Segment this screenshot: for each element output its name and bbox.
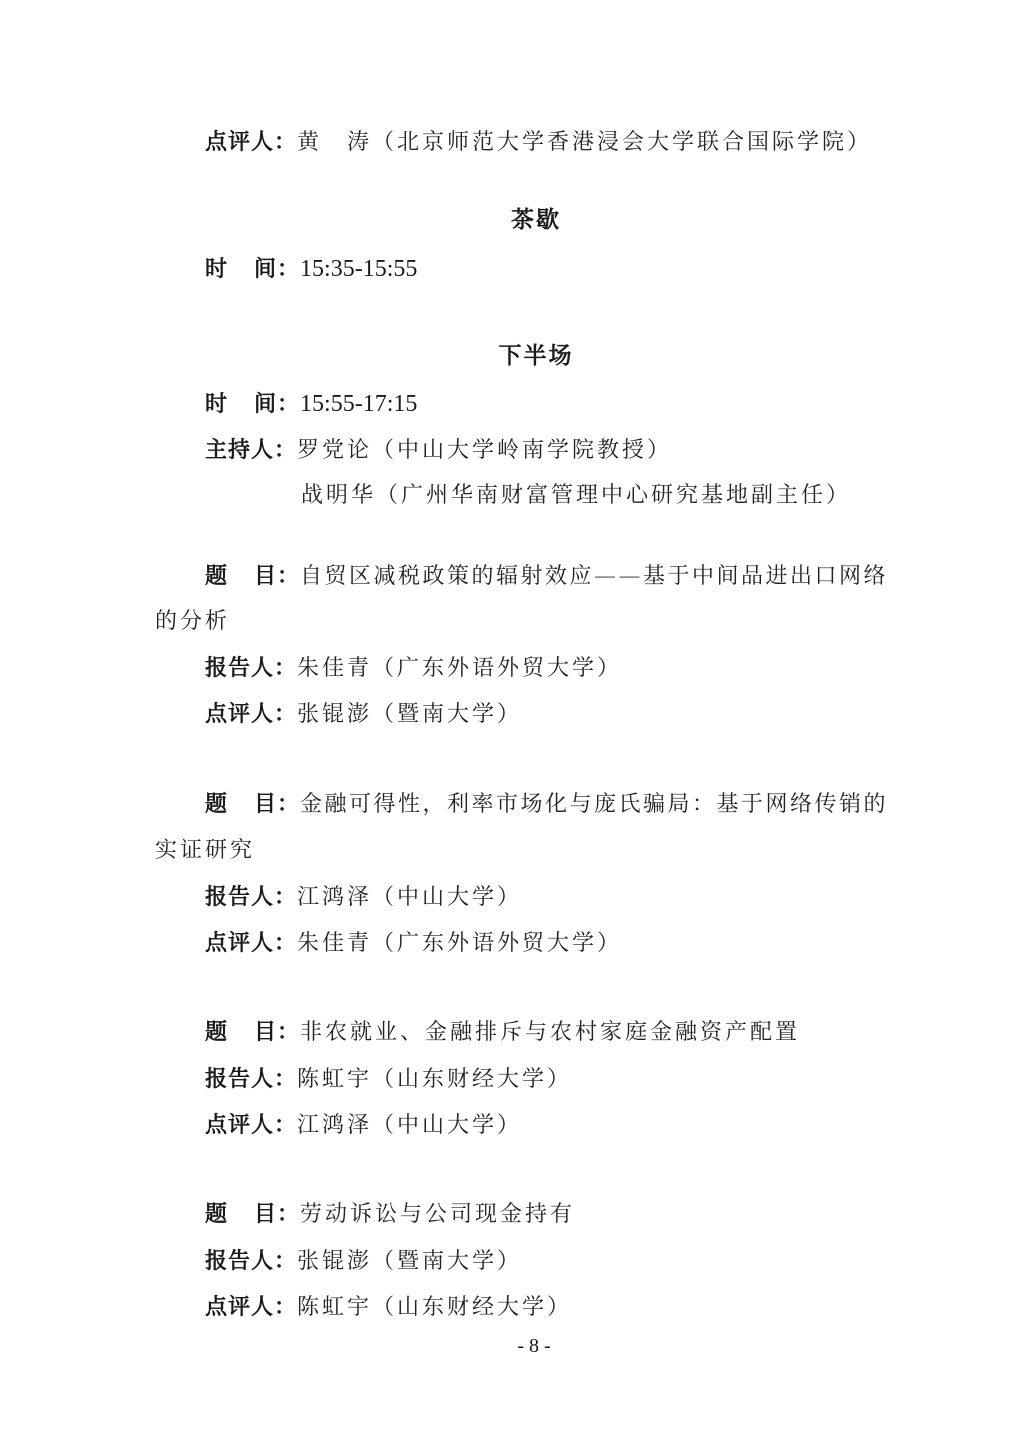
- reviewer-line: 点评人：陈虹宇（山东财经大学）: [205, 1292, 572, 1323]
- reviewer-line: 点评人：黄 涛（北京师范大学香港浸会大学联合国际学院）: [205, 127, 872, 158]
- reviewer-line: 点评人：江鸿泽（中山大学）: [205, 1110, 522, 1141]
- paper-title-continued: 的分析: [155, 607, 230, 637]
- time-label-a: 时: [205, 391, 228, 417]
- reviewer-label: 点评人：: [205, 930, 297, 956]
- paper-title-line2: 的分析: [155, 609, 230, 634]
- paper-title-line: 题目：劳动诉讼与公司现金持有: [205, 1199, 575, 1230]
- paper-title-line2: 实证研究: [155, 838, 255, 863]
- time-value: 15:35-15:55: [300, 256, 417, 282]
- presenter-label: 报告人：: [205, 655, 297, 681]
- presenter-line: 报告人：江鸿泽（中山大学）: [205, 882, 522, 913]
- presenter-line: 报告人：张锟澎（暨南大学）: [205, 1246, 522, 1277]
- title-label-b: 目：: [254, 1019, 300, 1045]
- reviewer-label: 点评人：: [205, 1294, 297, 1320]
- paper-title-line: 题目：非农就业、金融排斥与农村家庭金融资产配置: [205, 1017, 800, 1048]
- paper-title: 劳动诉讼与公司现金持有: [300, 1202, 575, 1227]
- title-label-b: 目：: [254, 1201, 300, 1227]
- reviewer-value: 陈虹宇（山东财经大学）: [297, 1295, 572, 1320]
- time-value: 15:55-17:15: [300, 391, 417, 417]
- reviewer-line: 点评人：朱佳青（广东外语外贸大学）: [205, 928, 622, 959]
- presenter-label: 报告人：: [205, 1248, 297, 1274]
- reviewer-value: 江鸿泽（中山大学）: [297, 1113, 522, 1138]
- paper-title-line: 题目：自贸区减税政策的辐射效应——基于中间品进出口网络: [205, 561, 888, 592]
- presenter-value: 陈虹宇（山东财经大学）: [297, 1067, 572, 1092]
- time-label-a: 时: [205, 256, 228, 282]
- reviewer-value: 朱佳青（广东外语外贸大学）: [297, 931, 622, 956]
- presenter-value: 江鸿泽（中山大学）: [297, 885, 522, 910]
- paper-title-line: 题目：金融可得性，利率市场化与庞氏骗局：基于网络传销的: [205, 789, 888, 820]
- presenter-label: 报告人：: [205, 1066, 297, 1092]
- reviewer-value: 黄 涛（北京师范大学香港浸会大学联合国际学院）: [297, 130, 872, 155]
- title-label-b: 目：: [254, 563, 300, 589]
- reviewer-label: 点评人：: [205, 129, 297, 155]
- reviewer-label: 点评人：: [205, 701, 297, 727]
- presenter-value: 张锟澎（暨南大学）: [297, 1249, 522, 1274]
- time-label-b: 间：: [254, 391, 300, 417]
- presenter-line: 报告人：陈虹宇（山东财经大学）: [205, 1064, 572, 1095]
- presenter-label: 报告人：: [205, 884, 297, 910]
- reviewer-value: 张锟澎（暨南大学）: [297, 702, 522, 727]
- title-label-a: 题: [205, 563, 228, 589]
- paper-title: 非农就业、金融排斥与农村家庭金融资产配置: [300, 1020, 800, 1045]
- host-line-2: 战明华（广州华南财富管理中心研究基地副主任）: [301, 481, 851, 511]
- title-label-b: 目：: [254, 791, 300, 817]
- title-label-a: 题: [205, 1019, 228, 1045]
- host-line: 主持人：罗党论（中山大学岭南学院教授）: [205, 435, 672, 466]
- host-label: 主持人：: [205, 437, 297, 463]
- presenter-line: 报告人：朱佳青（广东外语外贸大学）: [205, 653, 622, 684]
- tea-break-time-line: 时间：15:35-15:55: [205, 254, 417, 285]
- second-half-time-line: 时间：15:55-17:15: [205, 389, 417, 420]
- reviewer-label: 点评人：: [205, 1112, 297, 1138]
- paper-title: 自贸区减税政策的辐射效应——基于中间品进出口网络: [300, 564, 888, 589]
- tea-break-heading: 茶歇: [0, 205, 1024, 235]
- second-half-heading: 下半场: [0, 341, 1024, 371]
- paper-title-continued: 实证研究: [155, 836, 255, 866]
- reviewer-line: 点评人：张锟澎（暨南大学）: [205, 699, 522, 730]
- title-label-a: 题: [205, 1201, 228, 1227]
- host-1: 罗党论（中山大学岭南学院教授）: [297, 438, 672, 463]
- page-number: - 8 -: [0, 1334, 1024, 1358]
- time-label-b: 间：: [254, 256, 300, 282]
- host-2: 战明华（广州华南财富管理中心研究基地副主任）: [301, 483, 851, 508]
- title-label-a: 题: [205, 791, 228, 817]
- paper-title: 金融可得性，利率市场化与庞氏骗局：基于网络传销的: [300, 792, 888, 817]
- presenter-value: 朱佳青（广东外语外贸大学）: [297, 656, 622, 681]
